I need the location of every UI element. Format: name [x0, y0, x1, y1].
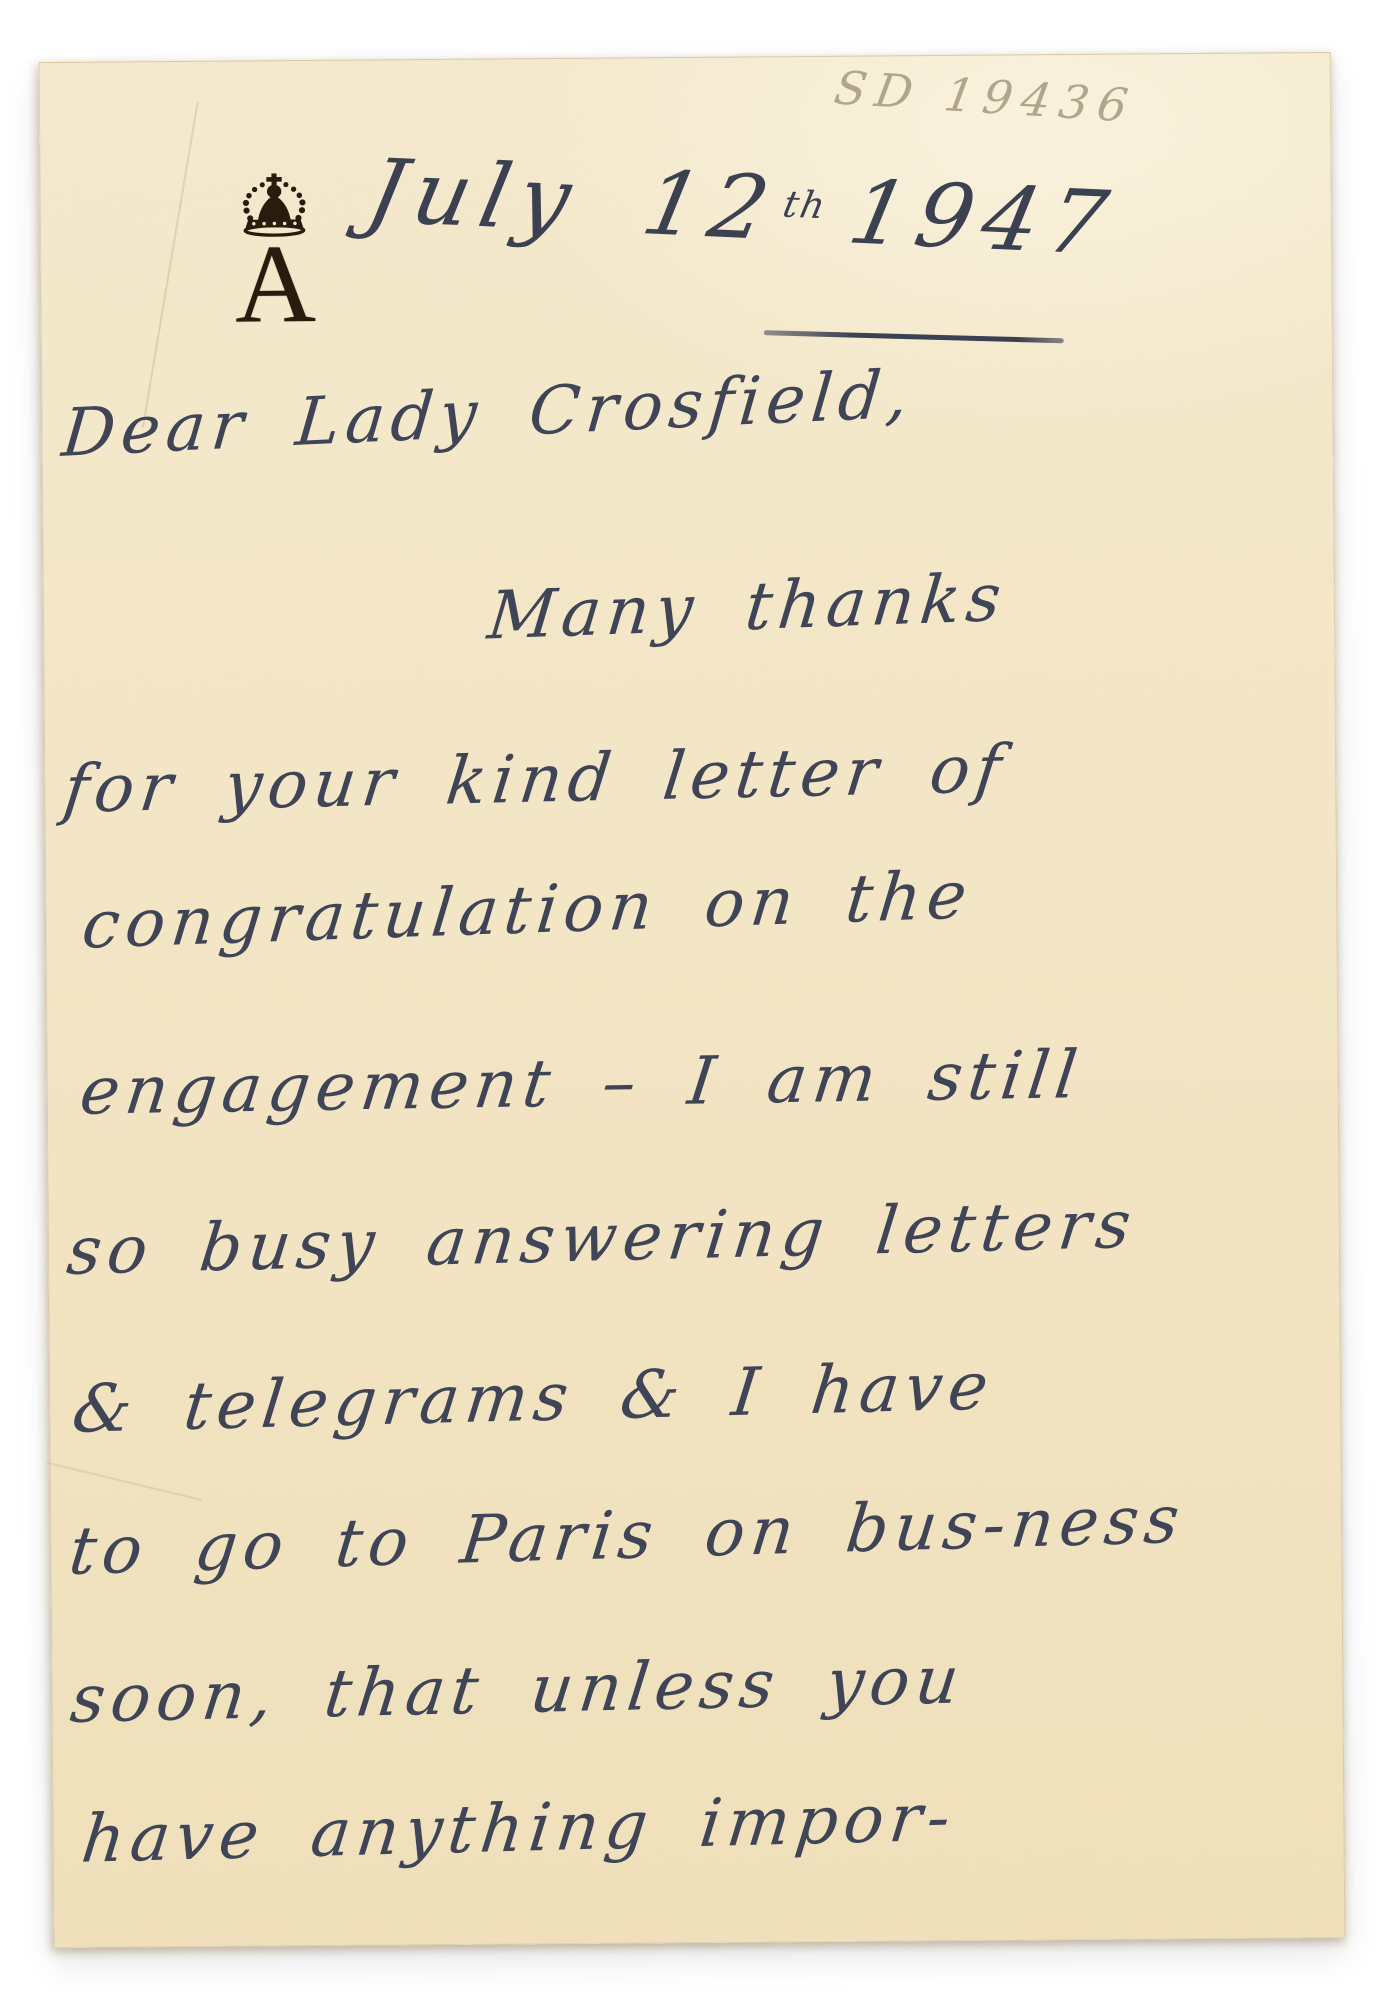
- catalog-number-pencil-note: SD 19436: [831, 61, 1141, 133]
- paper-crease: [142, 102, 199, 428]
- body-line: have anything impor-: [78, 1778, 960, 1877]
- body-line: congratulation on the: [79, 856, 977, 964]
- body-line: so busy answering letters: [63, 1186, 1140, 1290]
- body-line: & telegrams & I have: [68, 1347, 998, 1448]
- body-line: engagement – I am still: [76, 1036, 1087, 1130]
- body-line: Many thanks: [484, 559, 1010, 655]
- date-underline: [764, 330, 1064, 343]
- salutation: Dear Lady Crosfield,: [59, 355, 917, 472]
- paper-crease: [47, 1462, 203, 1501]
- body-line: to go to Paris on bus-ness: [66, 1481, 1189, 1590]
- letterhead-monogram: A: [232, 173, 317, 329]
- date-ordinal-suffix: th: [779, 183, 830, 228]
- photo-background: SD 19436: [0, 0, 1392, 2000]
- date-line: July 12th1947: [359, 139, 1126, 274]
- body-line: for your kind letter of: [60, 730, 1011, 828]
- date-year: 1947: [841, 161, 1126, 275]
- body-line: soon, that unless you: [67, 1641, 969, 1738]
- monogram-letter: A: [233, 241, 318, 329]
- letter-paper: SD 19436: [39, 52, 1346, 1948]
- date-month-day: July 12: [359, 139, 787, 259]
